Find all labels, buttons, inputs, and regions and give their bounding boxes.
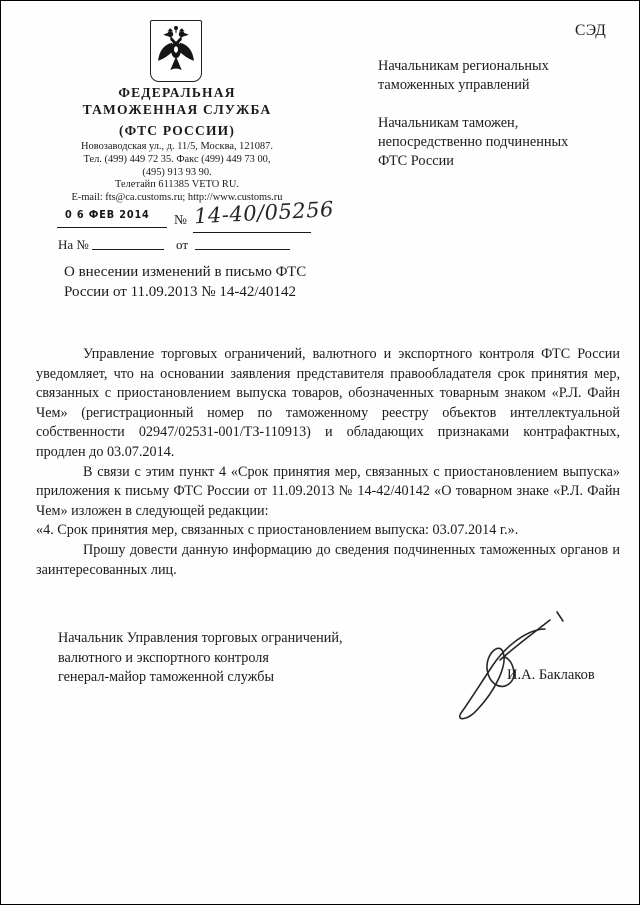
reply-date-blank	[195, 249, 290, 250]
body-paragraph-3: «4. Срок принятия мер, связанных с приос…	[36, 521, 620, 541]
reply-date-label: от	[176, 237, 188, 253]
signer-title: Начальник Управления торговых ограничени…	[58, 629, 388, 688]
letter-body: Управление торговых ограничений, валютно…	[36, 345, 620, 580]
official-letter-page: СЭД	[0, 0, 640, 905]
addressee-block-2: Начальникам таможен, непосредственно под…	[378, 114, 608, 171]
org-short-name: (ФТС РОССИИ)	[29, 123, 325, 140]
org-name-line: ТАМОЖЕННАЯ СЛУЖБА	[83, 102, 272, 117]
sed-label: СЭД	[575, 22, 606, 40]
registration-date-stamp: 0 6 ФЕВ 2014	[65, 208, 162, 221]
org-contacts: Новозаводская ул., д. 11/5, Москва, 1210…	[29, 141, 325, 205]
date-underline	[57, 227, 167, 228]
body-paragraph-2: В связи с этим пункт 4 «Срок принятия ме…	[36, 463, 620, 522]
number-sign-label: №	[174, 212, 187, 228]
reply-number-label: На №	[58, 237, 89, 253]
subject-line: О внесении изменений в письмо ФТС России…	[64, 263, 444, 302]
addressee-block-1: Начальникам региональных таможенных упра…	[378, 57, 608, 95]
org-phone-line: (495) 913 93 90.	[29, 167, 325, 180]
reply-number-blank	[92, 249, 164, 250]
org-name-line: ФЕДЕРАЛЬНАЯ	[118, 85, 235, 100]
double-headed-eagle-icon	[155, 24, 197, 79]
number-underline	[193, 232, 311, 233]
org-phone-line: Тел. (499) 449 72 35. Факс (499) 449 73 …	[29, 154, 325, 167]
org-teletype-line: Телетайп 611385 VETO RU.	[29, 179, 325, 192]
org-name: ФЕДЕРАЛЬНАЯ ТАМОЖЕННАЯ СЛУЖБА (ФТС РОССИ…	[29, 85, 325, 140]
body-paragraph-4: Прошу довести данную информацию до сведе…	[36, 541, 620, 580]
body-paragraph-1: Управление торговых ограничений, валютно…	[36, 345, 620, 463]
coat-of-arms-frame	[150, 20, 202, 82]
signer-name: И.А. Баклаков	[507, 667, 595, 684]
org-address-line: Новозаводская ул., д. 11/5, Москва, 1210…	[29, 141, 325, 154]
